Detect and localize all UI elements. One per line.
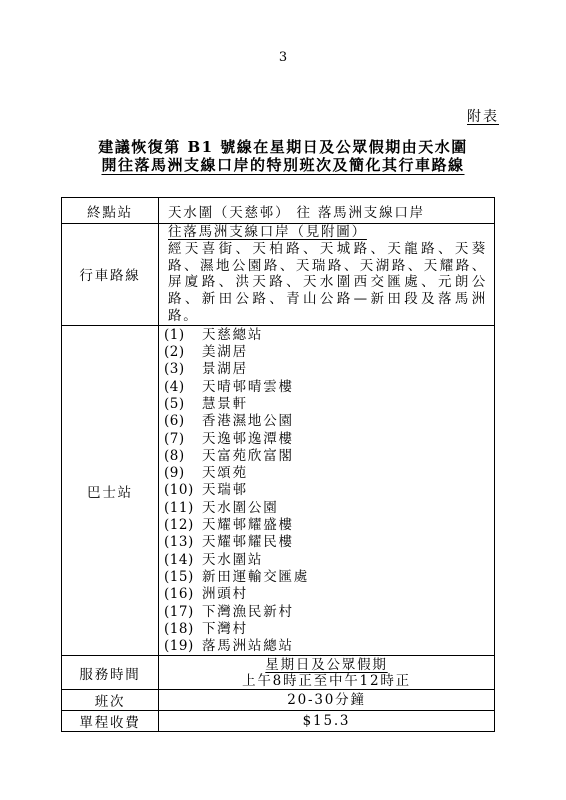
bus-stop-item: (13)天耀邨耀民樓	[164, 534, 490, 551]
bus-stop-name: 新田運輸交匯處	[202, 569, 309, 586]
table-row-route: 行車路線 往落馬洲支線口岸（見附圖） 經天喜街、天柏路、天城路、天龍路、天葵路、…	[62, 224, 495, 326]
bus-stop-item: (7)天逸邨逸潭樓	[164, 431, 490, 448]
bus-stops-list: (1)天慈總站 (2)美湖居 (3)景湖居 (4)天晴邨晴雲樓 (5)慧景軒 (…	[159, 325, 495, 656]
bus-stop-name: 天富苑欣富閣	[202, 448, 294, 465]
route-label: 行車路線	[62, 224, 159, 326]
bus-stop-number: (11)	[164, 500, 202, 517]
bus-stop-name: 天慈總站	[202, 327, 263, 344]
bus-stop-name: 香港濕地公園	[202, 413, 294, 430]
bus-stop-name: 天晴邨晴雲樓	[202, 379, 294, 396]
route-description: 經天喜街、天柏路、天城路、天龍路、天葵路、濕地公園路、天瑞路、天湖路、天耀路、屏…	[168, 241, 487, 325]
bus-stop-name: 天耀邨耀盛樓	[202, 517, 294, 534]
bus-stop-number: (4)	[164, 379, 202, 396]
frequency-label: 班次	[62, 690, 159, 711]
bus-stop-name: 天逸邨逸潭樓	[202, 431, 294, 448]
bus-stop-number: (1)	[164, 327, 202, 344]
bus-stop-number: (12)	[164, 517, 202, 534]
service-hours-value: 星期日及公眾假期 上午8時正至中午12時正	[159, 656, 495, 690]
bus-stop-number: (8)	[164, 448, 202, 465]
bus-stop-number: (17)	[164, 604, 202, 621]
document-title-line1: 建議恢復第 B1 號線在星期日及公眾假期由天水圍	[0, 139, 566, 157]
bus-stop-number: (16)	[164, 586, 202, 603]
bus-stop-item: (1)天慈總站	[164, 327, 490, 344]
bus-stop-item: (14)天水圍站	[164, 552, 490, 569]
bus-stop-number: (18)	[164, 621, 202, 638]
bus-stop-item: (2)美湖居	[164, 344, 490, 361]
bus-stop-name: 落馬洲站總站	[202, 638, 294, 655]
bus-stop-number: (13)	[164, 534, 202, 551]
bus-stop-number: (2)	[164, 344, 202, 361]
bus-stop-item: (10)天瑞邨	[164, 482, 490, 499]
bus-stop-number: (14)	[164, 552, 202, 569]
route-value: 往落馬洲支線口岸（見附圖） 經天喜街、天柏路、天城路、天龍路、天葵路、濕地公園路…	[159, 224, 495, 326]
bus-stop-name: 天瑞邨	[202, 482, 248, 499]
service-time-range: 上午8時正至中午12時正	[163, 673, 490, 689]
route-info-table: 終點站 天水圍（天慈邨） 往 落馬洲支線口岸 行車路線 往落馬洲支線口岸（見附圖…	[61, 197, 495, 732]
bus-stop-item: (15)新田運輸交匯處	[164, 569, 490, 586]
bus-stops-label: 巴士站	[62, 325, 159, 656]
service-hours-label: 服務時間	[62, 656, 159, 690]
bus-stop-name: 天頌苑	[202, 465, 248, 482]
bus-stop-item: (9)天頌苑	[164, 465, 490, 482]
document-title-line2: 開往落馬洲支線口岸的特別班次及簡化其行車路線	[0, 157, 566, 175]
service-days: 星期日及公眾假期	[163, 656, 490, 673]
bus-stop-item: (11)天水圍公園	[164, 500, 490, 517]
page-number: 3	[0, 50, 566, 65]
bus-stop-name: 美湖居	[202, 344, 248, 361]
table-row-service-hours: 服務時間 星期日及公眾假期 上午8時正至中午12時正	[62, 656, 495, 690]
terminus-label: 終點站	[62, 198, 159, 224]
terminus-value: 天水圍（天慈邨） 往 落馬洲支線口岸	[159, 198, 495, 224]
bus-stop-number: (15)	[164, 569, 202, 586]
route-heading: 往落馬洲支線口岸（見附圖）	[168, 224, 487, 241]
bus-stop-item: (18)下灣村	[164, 621, 490, 638]
bus-stop-item: (5)慧景軒	[164, 396, 490, 413]
bus-stop-item: (3)景湖居	[164, 361, 490, 378]
frequency-value: 20-30分鐘	[159, 690, 495, 711]
bus-stop-item: (19)落馬洲站總站	[164, 638, 490, 655]
table-row-terminus: 終點站 天水圍（天慈邨） 往 落馬洲支線口岸	[62, 198, 495, 224]
bus-stop-number: (10)	[164, 482, 202, 499]
bus-stop-number: (3)	[164, 361, 202, 378]
bus-stop-item: (6)香港濕地公園	[164, 413, 490, 430]
document-page: 3 附表 建議恢復第 B1 號線在星期日及公眾假期由天水圍 開往落馬洲支線口岸的…	[0, 0, 566, 800]
fare-value: $15.3	[159, 711, 495, 732]
bus-stop-item: (16)洲頭村	[164, 586, 490, 603]
bus-stop-name: 下灣村	[202, 621, 248, 638]
bus-stop-item: (8)天富苑欣富閣	[164, 448, 490, 465]
bus-stop-name: 洲頭村	[202, 586, 248, 603]
bus-stop-name: 天耀邨耀民樓	[202, 534, 294, 551]
bus-stop-item: (17)下灣漁民新村	[164, 604, 490, 621]
table-row-bus-stops: 巴士站 (1)天慈總站 (2)美湖居 (3)景湖居 (4)天晴邨晴雲樓 (5)慧…	[62, 325, 495, 656]
bus-stop-number: (9)	[164, 465, 202, 482]
bus-stop-item: (4)天晴邨晴雲樓	[164, 379, 490, 396]
table-row-fare: 單程收費 $15.3	[62, 711, 495, 732]
bus-stop-name: 下灣漁民新村	[202, 604, 294, 621]
bus-stop-name: 天水圍公園	[202, 500, 279, 517]
bus-stop-number: (19)	[164, 638, 202, 655]
bus-stop-number: (7)	[164, 431, 202, 448]
appendix-label: 附表	[467, 106, 499, 126]
bus-stop-number: (5)	[164, 396, 202, 413]
document-title: 建議恢復第 B1 號線在星期日及公眾假期由天水圍 開往落馬洲支線口岸的特別班次及…	[0, 139, 566, 174]
bus-stop-item: (12)天耀邨耀盛樓	[164, 517, 490, 534]
bus-stop-number: (6)	[164, 413, 202, 430]
fare-label: 單程收費	[62, 711, 159, 732]
table-row-frequency: 班次 20-30分鐘	[62, 690, 495, 711]
bus-stop-name: 景湖居	[202, 361, 248, 378]
bus-stop-name: 天水圍站	[202, 552, 263, 569]
bus-stop-name: 慧景軒	[202, 396, 248, 413]
